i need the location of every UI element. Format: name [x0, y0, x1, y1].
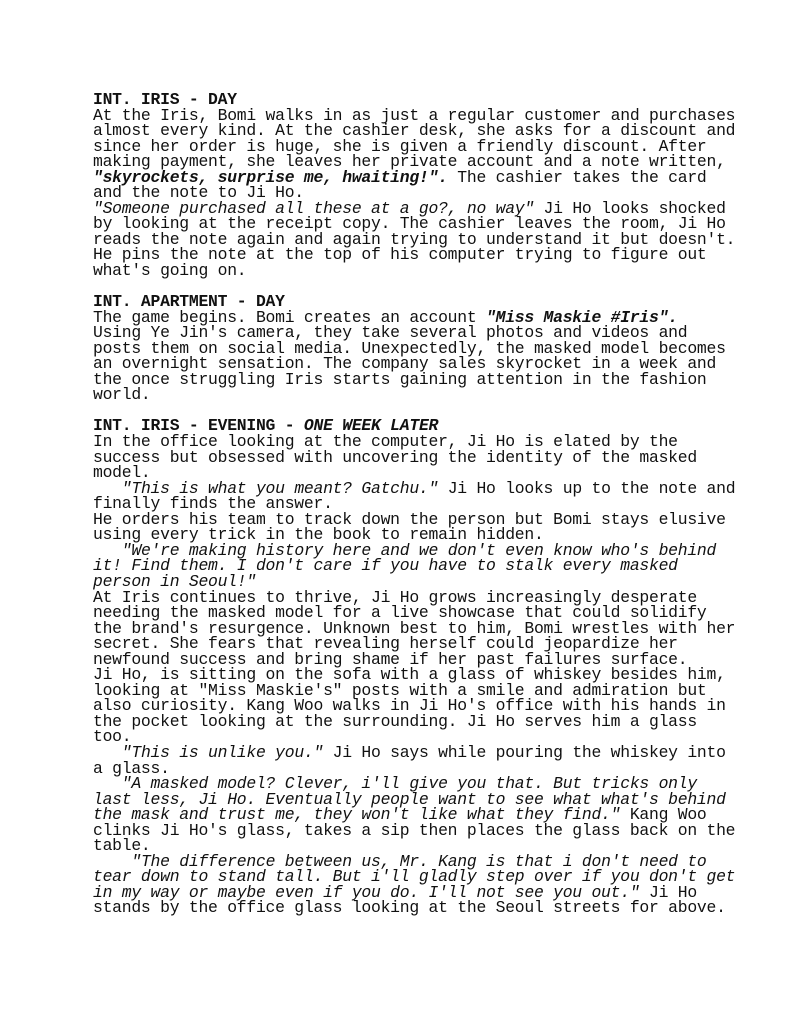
script-line: the once struggling Iris starts gaining … [93, 372, 713, 388]
action-text: Ji Ho looks up to the note and [438, 479, 735, 498]
action-text: what's going on. [93, 261, 246, 280]
action-text: the pocket looking at the surrounding. J… [93, 712, 697, 731]
action-text: stands by the office glass looking at th… [93, 898, 726, 917]
action-text: The cashier takes the card [448, 168, 707, 187]
script-line: success but obsessed with uncovering the… [93, 450, 713, 466]
script-line: what's going on. [93, 263, 713, 279]
action-text: Ji Ho says while pouring the whiskey int… [323, 743, 726, 762]
action-text: clinks Ji Ho's glass, takes a sip then p… [93, 821, 735, 840]
script-line: clinks Ji Ho's glass, takes a sip then p… [93, 823, 713, 839]
action-text: world. [93, 385, 151, 404]
action-text: success but obsessed with uncovering the… [93, 448, 697, 467]
script-line: world. [93, 387, 713, 403]
action-text: the once struggling Iris starts gaining … [93, 370, 707, 389]
script-line: stands by the office glass looking at th… [93, 900, 713, 916]
script-line: the pocket looking at the surrounding. J… [93, 714, 713, 730]
screenplay-page: INT. IRIS - DAYAt the Iris, Bomi walks i… [93, 92, 713, 916]
script-line: "This is unlike you." Ji Ho says while p… [93, 745, 713, 761]
